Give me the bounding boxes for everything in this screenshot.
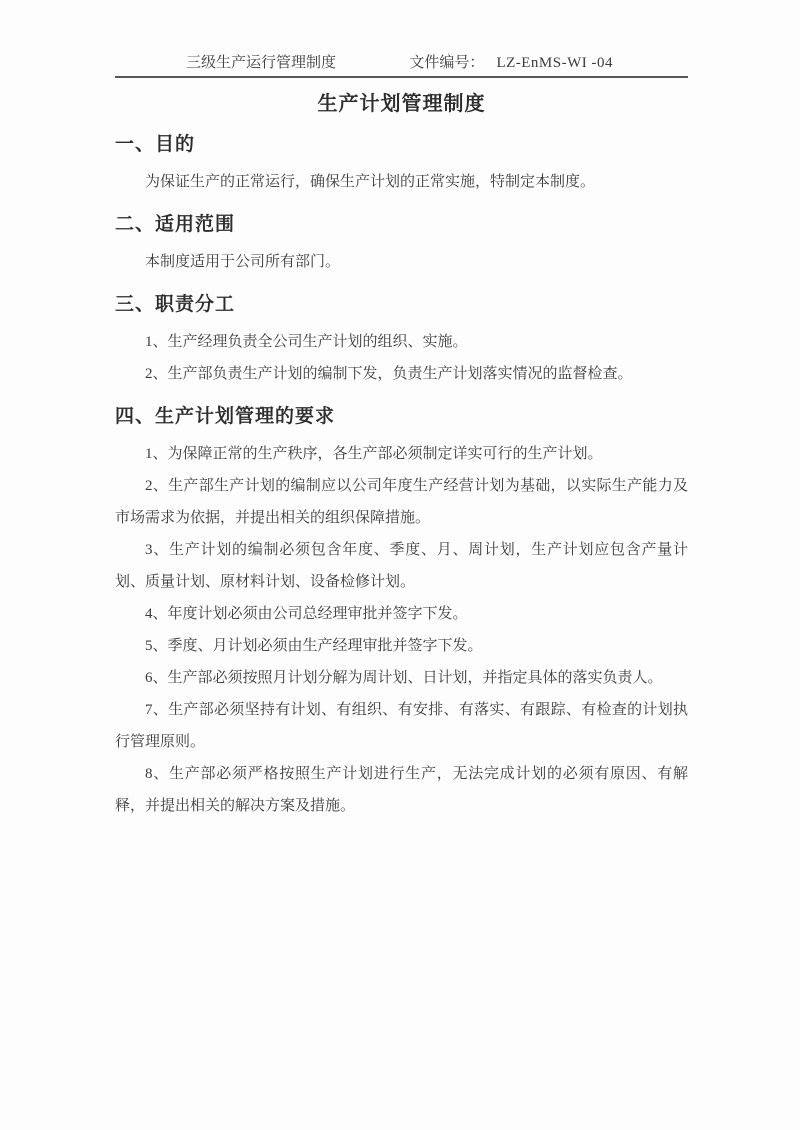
header-file-number: 文件编号：LZ-EnMS-WI -04 (409, 53, 613, 74)
file-number-label: 文件编号： (409, 55, 484, 71)
paragraph: 为保证生产的正常运行，确保生产计划的正常实施，特制定本制度。 (115, 166, 688, 198)
section-responsibilities: 三、职责分工 1、生产经理负责全公司生产计划的组织、实施。 2、生产部负责生产计… (115, 292, 688, 390)
document-title: 生产计划管理制度 (115, 90, 688, 118)
paragraph: 7、生产部必须坚持有计划、有组织、有安排、有落实、有跟踪、有检查的计划执行管理原… (115, 694, 688, 758)
paragraph: 6、生产部必须按照月计划分解为周计划、日计划，并指定具体的落实负责人。 (115, 662, 688, 694)
paragraph: 1、生产经理负责全公司生产计划的组织、实施。 (115, 326, 688, 358)
document-body: 三级生产运行管理制度 文件编号：LZ-EnMS-WI -04 生产计划管理制度 … (115, 0, 688, 822)
document-header: 三级生产运行管理制度 文件编号：LZ-EnMS-WI -04 (115, 53, 688, 78)
document-page: 三级生产运行管理制度 文件编号：LZ-EnMS-WI -04 生产计划管理制度 … (0, 0, 800, 1130)
section-heading: 一、目的 (115, 132, 688, 158)
paragraph: 8、生产部必须严格按照生产计划进行生产，无法完成计划的必须有原因、有解释，并提出… (115, 758, 688, 822)
paragraph: 4、年度计划必须由公司总经理审批并签字下发。 (115, 598, 688, 630)
paragraph: 5、季度、月计划必须由生产经理审批并签字下发。 (115, 630, 688, 662)
header-doc-type: 三级生产运行管理制度 (186, 53, 336, 74)
paragraph: 3、生产计划的编制必须包含年度、季度、月、周计划，生产计划应包含产量计划、质量计… (115, 534, 688, 598)
paragraph: 1、为保障正常的生产秩序，各生产部必须制定详实可行的生产计划。 (115, 438, 688, 470)
paragraph: 2、生产部生产计划的编制应以公司年度生产经营计划为基础，以实际生产能力及市场需求… (115, 470, 688, 534)
paragraph: 本制度适用于公司所有部门。 (115, 246, 688, 278)
section-heading: 二、适用范围 (115, 212, 688, 238)
file-number-value: LZ-EnMS-WI -04 (496, 55, 613, 71)
section-purpose: 一、目的 为保证生产的正常运行，确保生产计划的正常实施，特制定本制度。 (115, 132, 688, 198)
section-scope: 二、适用范围 本制度适用于公司所有部门。 (115, 212, 688, 278)
section-requirements: 四、生产计划管理的要求 1、为保障正常的生产秩序，各生产部必须制定详实可行的生产… (115, 404, 688, 822)
section-heading: 四、生产计划管理的要求 (115, 404, 688, 430)
section-heading: 三、职责分工 (115, 292, 688, 318)
paragraph: 2、生产部负责生产计划的编制下发，负责生产计划落实情况的监督检查。 (115, 358, 688, 390)
